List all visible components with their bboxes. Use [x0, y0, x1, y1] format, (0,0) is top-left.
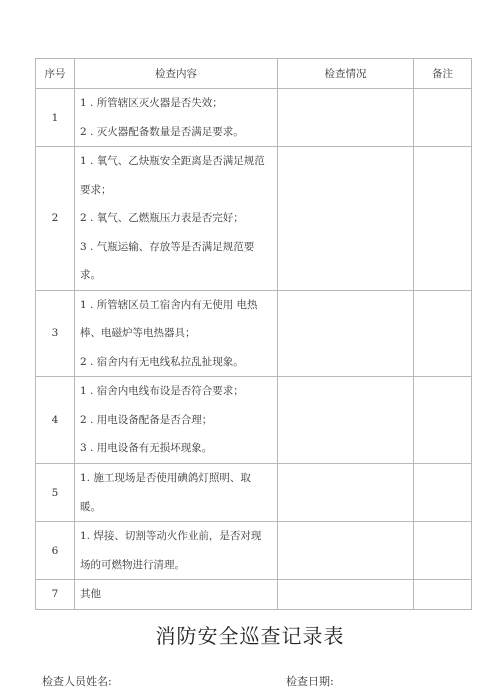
content-line: 2 . 宿舍内有无电线私拉乱扯现象。: [80, 348, 277, 377]
header-remark: 备注: [414, 59, 472, 89]
inspector-name-label: 检查人员姓名:: [42, 673, 112, 689]
content-line: 其他: [80, 580, 277, 609]
content-line: 3 . 气瓶运输、存放等是否满足规范要: [80, 233, 277, 262]
row-number: 1: [36, 89, 75, 147]
row-number: 4: [36, 377, 75, 464]
table-row: 2 1 . 氧气、乙炔瓶安全距离是否满足规范 要求； 2 . 氧气、乙燃瓶压力表…: [36, 147, 472, 291]
content-line: 1 . 宿舍内电线布设是否符合要求；: [80, 377, 277, 406]
header-status: 检查情况: [278, 59, 414, 89]
header-content: 检查内容: [75, 59, 278, 89]
remark-cell[interactable]: [414, 147, 472, 291]
content-line: 1 . 氧气、乙炔瓶安全距离是否满足规范: [80, 147, 277, 176]
remark-cell[interactable]: [414, 522, 472, 580]
row-content: 1 . 所管辖区灭火器是否失效； 2 . 灭火器配备数量是否满足要求。: [75, 89, 278, 147]
content-line: 2 . 用电设备配备是否合理；: [80, 406, 277, 435]
remark-cell[interactable]: [414, 464, 472, 522]
table-header-row: 序号 检查内容 检查情况 备注: [36, 59, 472, 89]
inspection-table: 序号 检查内容 检查情况 备注 1 1 . 所管辖区灭火器是否失效； 2 . 灭…: [35, 58, 472, 610]
row-content: 1 . 宿舍内电线布设是否符合要求； 2 . 用电设备配备是否合理； 3 . 用…: [75, 377, 278, 464]
inspection-date-label: 检查日期:: [286, 673, 334, 689]
document-title: 消防安全巡查记录表: [0, 620, 500, 649]
content-line: 场的可燃物进行清理。: [80, 551, 277, 580]
row-number: 5: [36, 464, 75, 522]
remark-cell[interactable]: [414, 377, 472, 464]
status-cell[interactable]: [278, 580, 414, 610]
content-line: 2 . 灭火器配备数量是否满足要求。: [80, 118, 277, 147]
row-content: 1 . 所管辖区员工宿舍内有无使用 电热 棒、电磁炉等电热器具； 2 . 宿舍内…: [75, 290, 278, 377]
content-line: 棒、电磁炉等电热器具；: [80, 319, 277, 348]
table-row: 6 1. 焊接、切割等动火作业前，是否对现 场的可燃物进行清理。: [36, 522, 472, 580]
remark-cell[interactable]: [414, 580, 472, 610]
status-cell[interactable]: [278, 377, 414, 464]
row-content: 1. 施工现场是否使用碘鸽灯照明、取 暖。: [75, 464, 278, 522]
row-number: 3: [36, 290, 75, 377]
content-line: 3 . 用电设备有无损坏现象。: [80, 434, 277, 463]
content-line: 1. 焊接、切割等动火作业前，是否对现: [80, 522, 277, 551]
content-line: 1. 施工现场是否使用碘鸽灯照明、取: [80, 464, 277, 493]
status-cell[interactable]: [278, 147, 414, 291]
table-row: 3 1 . 所管辖区员工宿舍内有无使用 电热 棒、电磁炉等电热器具； 2 . 宿…: [36, 290, 472, 377]
row-number: 6: [36, 522, 75, 580]
remark-cell[interactable]: [414, 89, 472, 147]
table-row: 4 1 . 宿舍内电线布设是否符合要求； 2 . 用电设备配备是否合理； 3 .…: [36, 377, 472, 464]
table-row: 1 1 . 所管辖区灭火器是否失效； 2 . 灭火器配备数量是否满足要求。: [36, 89, 472, 147]
row-number: 7: [36, 580, 75, 610]
remark-cell[interactable]: [414, 290, 472, 377]
row-content: 其他: [75, 580, 278, 610]
content-line: 2 . 氧气、乙燃瓶压力表是否完好；: [80, 204, 277, 233]
status-cell[interactable]: [278, 522, 414, 580]
row-content: 1 . 氧气、乙炔瓶安全距离是否满足规范 要求； 2 . 氧气、乙燃瓶压力表是否…: [75, 147, 278, 291]
content-line: 要求；: [80, 176, 277, 205]
content-line: 1 . 所管辖区员工宿舍内有无使用 电热: [80, 291, 277, 320]
row-content: 1. 焊接、切割等动火作业前，是否对现 场的可燃物进行清理。: [75, 522, 278, 580]
header-number: 序号: [36, 59, 75, 89]
table-row: 5 1. 施工现场是否使用碘鸽灯照明、取 暖。: [36, 464, 472, 522]
status-cell[interactable]: [278, 464, 414, 522]
row-number: 2: [36, 147, 75, 291]
content-line: 求。: [80, 261, 277, 290]
content-line: 暖。: [80, 493, 277, 522]
status-cell[interactable]: [278, 290, 414, 377]
status-cell[interactable]: [278, 89, 414, 147]
table-row: 7 其他: [36, 580, 472, 610]
content-line: 1 . 所管辖区灭火器是否失效；: [80, 89, 277, 118]
